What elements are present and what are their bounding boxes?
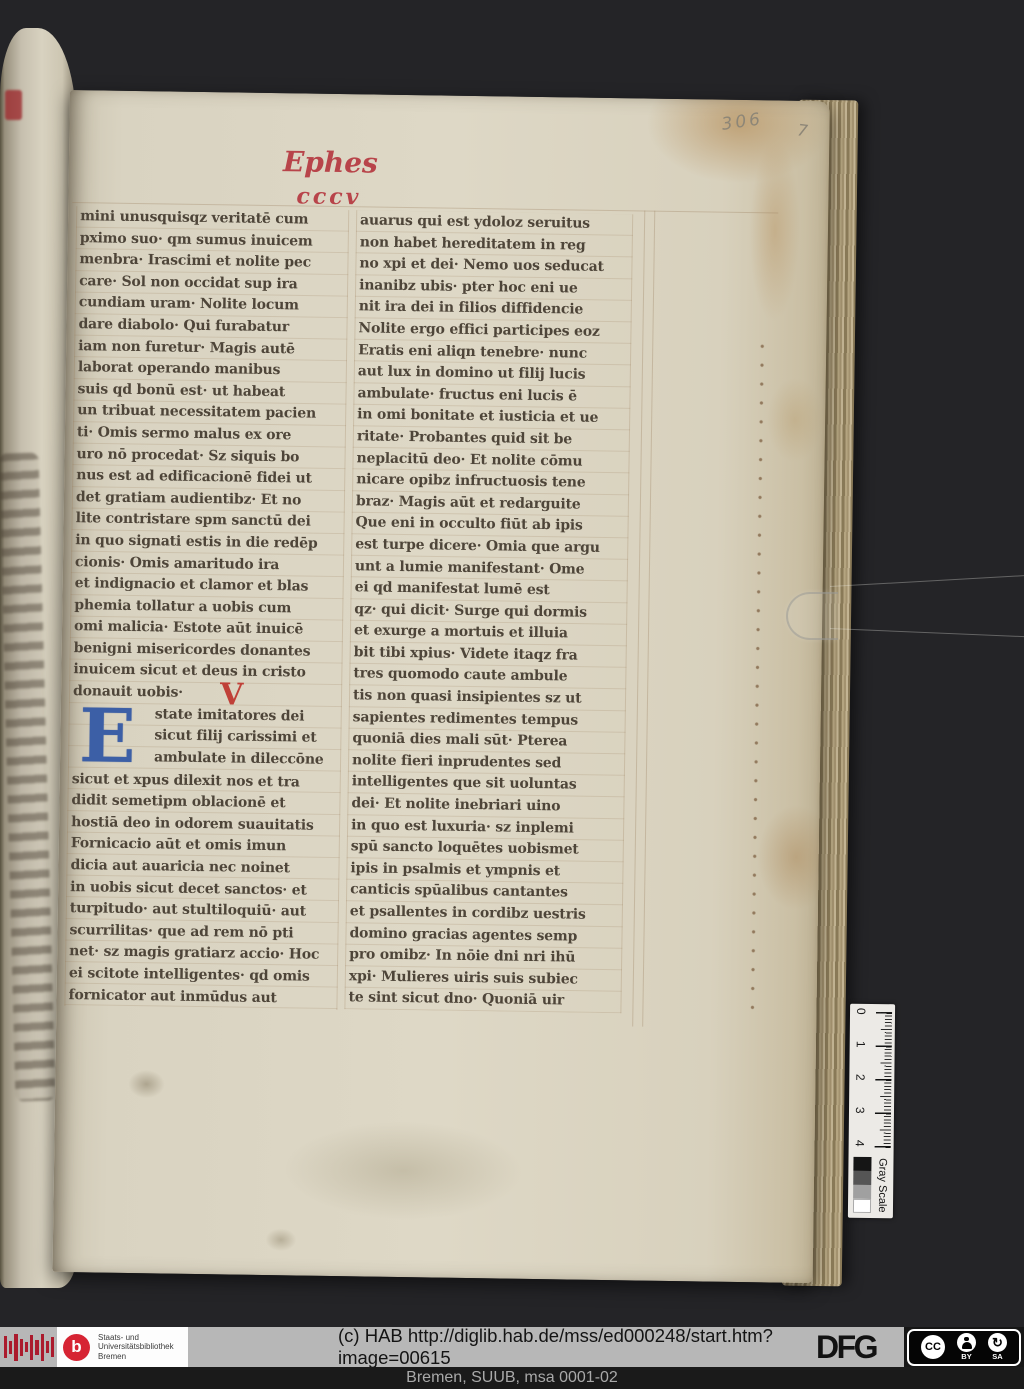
library-name: Staats- und Universitätsbibliothek Breme… [98,1333,174,1362]
ruler-number: 1 [854,1041,868,1048]
grayscale-swatch [853,1157,871,1171]
grayscale-swatch [853,1171,871,1185]
chapter-number: V [220,684,243,706]
ruler-number: 3 [853,1107,867,1114]
manuscript-page: Ephes cccv 306 7 mini unusquisqz veritat… [52,90,829,1283]
cc-sa-label: SA [992,1353,1002,1361]
chapter-initial-block: E state imitatores deisicut filij cariss… [72,703,341,773]
cc-license-badge: CC BY ↻ SA [907,1329,1021,1366]
clip-wire [830,575,1024,587]
running-title-numeral: cccv [296,183,361,210]
ruler-number: 0 [854,1008,868,1015]
running-title: Ephes [283,145,378,179]
cc-license-area: CC BY ↻ SA [904,1327,1024,1367]
grayscale-label: Gray Scale [876,1158,889,1213]
ruler-number: 4 [853,1140,867,1147]
cc-by-icon [957,1333,976,1352]
illuminated-initial-e: E [72,705,151,770]
text-line: donauit uobis· [73,681,341,707]
cc-icon: CC [921,1335,945,1359]
copyright-text: (c) HAB http://diglib.hab.de/mss/ed00024… [188,1327,816,1367]
person-icon [962,1337,972,1349]
cc-by-label: BY [961,1353,971,1361]
grayscale-swatch [853,1199,871,1213]
ruling-line [642,211,655,1027]
previous-page-red-mark [5,90,22,120]
pencil-leaf-number: 7 [796,120,808,140]
ruler-ticks-cm [875,1012,892,1148]
shelfmark-caption: Bremen, SUUB, msa 0001-02 [0,1367,1024,1389]
text-column-left: mini unusquisqz veritatē cumpximo suo· q… [64,206,349,1010]
library-name-line: Universitätsbibliothek [98,1342,174,1352]
suub-barcode-logo [0,1327,57,1367]
pencil-folio-number: 306 [720,109,764,135]
ruler-number: 2 [853,1074,867,1081]
grayscale-swatches [853,1157,872,1213]
text-column-right: auarus qui est ydoloz seruitusnon habet … [344,210,633,1013]
text-line: te sint sicut dno· Quoniā uir [348,988,620,1014]
pricking-holes [748,340,766,1020]
grayscale-ruler: 0 1 2 3 4 Gray Scale [848,1004,895,1218]
previous-page-text-blur [0,453,55,1102]
scan-background: Ephes cccv 306 7 mini unusquisqz veritat… [0,0,1024,1389]
library-name-line: Bremen [98,1352,174,1362]
library-logo-block: b Staats- und Universitätsbibliothek Bre… [57,1327,188,1367]
dfg-logo: DFG [816,1327,904,1367]
text-line: fornicator aut inmūdus aut [68,985,336,1011]
grayscale-swatch [853,1185,871,1199]
footer-bar: b Staats- und Universitätsbibliothek Bre… [0,1327,1024,1367]
clip-wire [830,628,1024,637]
library-name-line: Staats- und [98,1333,174,1343]
cc-sa-icon: ↻ [988,1333,1007,1352]
page-clip [786,592,838,640]
suub-b-logo: b [63,1334,90,1361]
